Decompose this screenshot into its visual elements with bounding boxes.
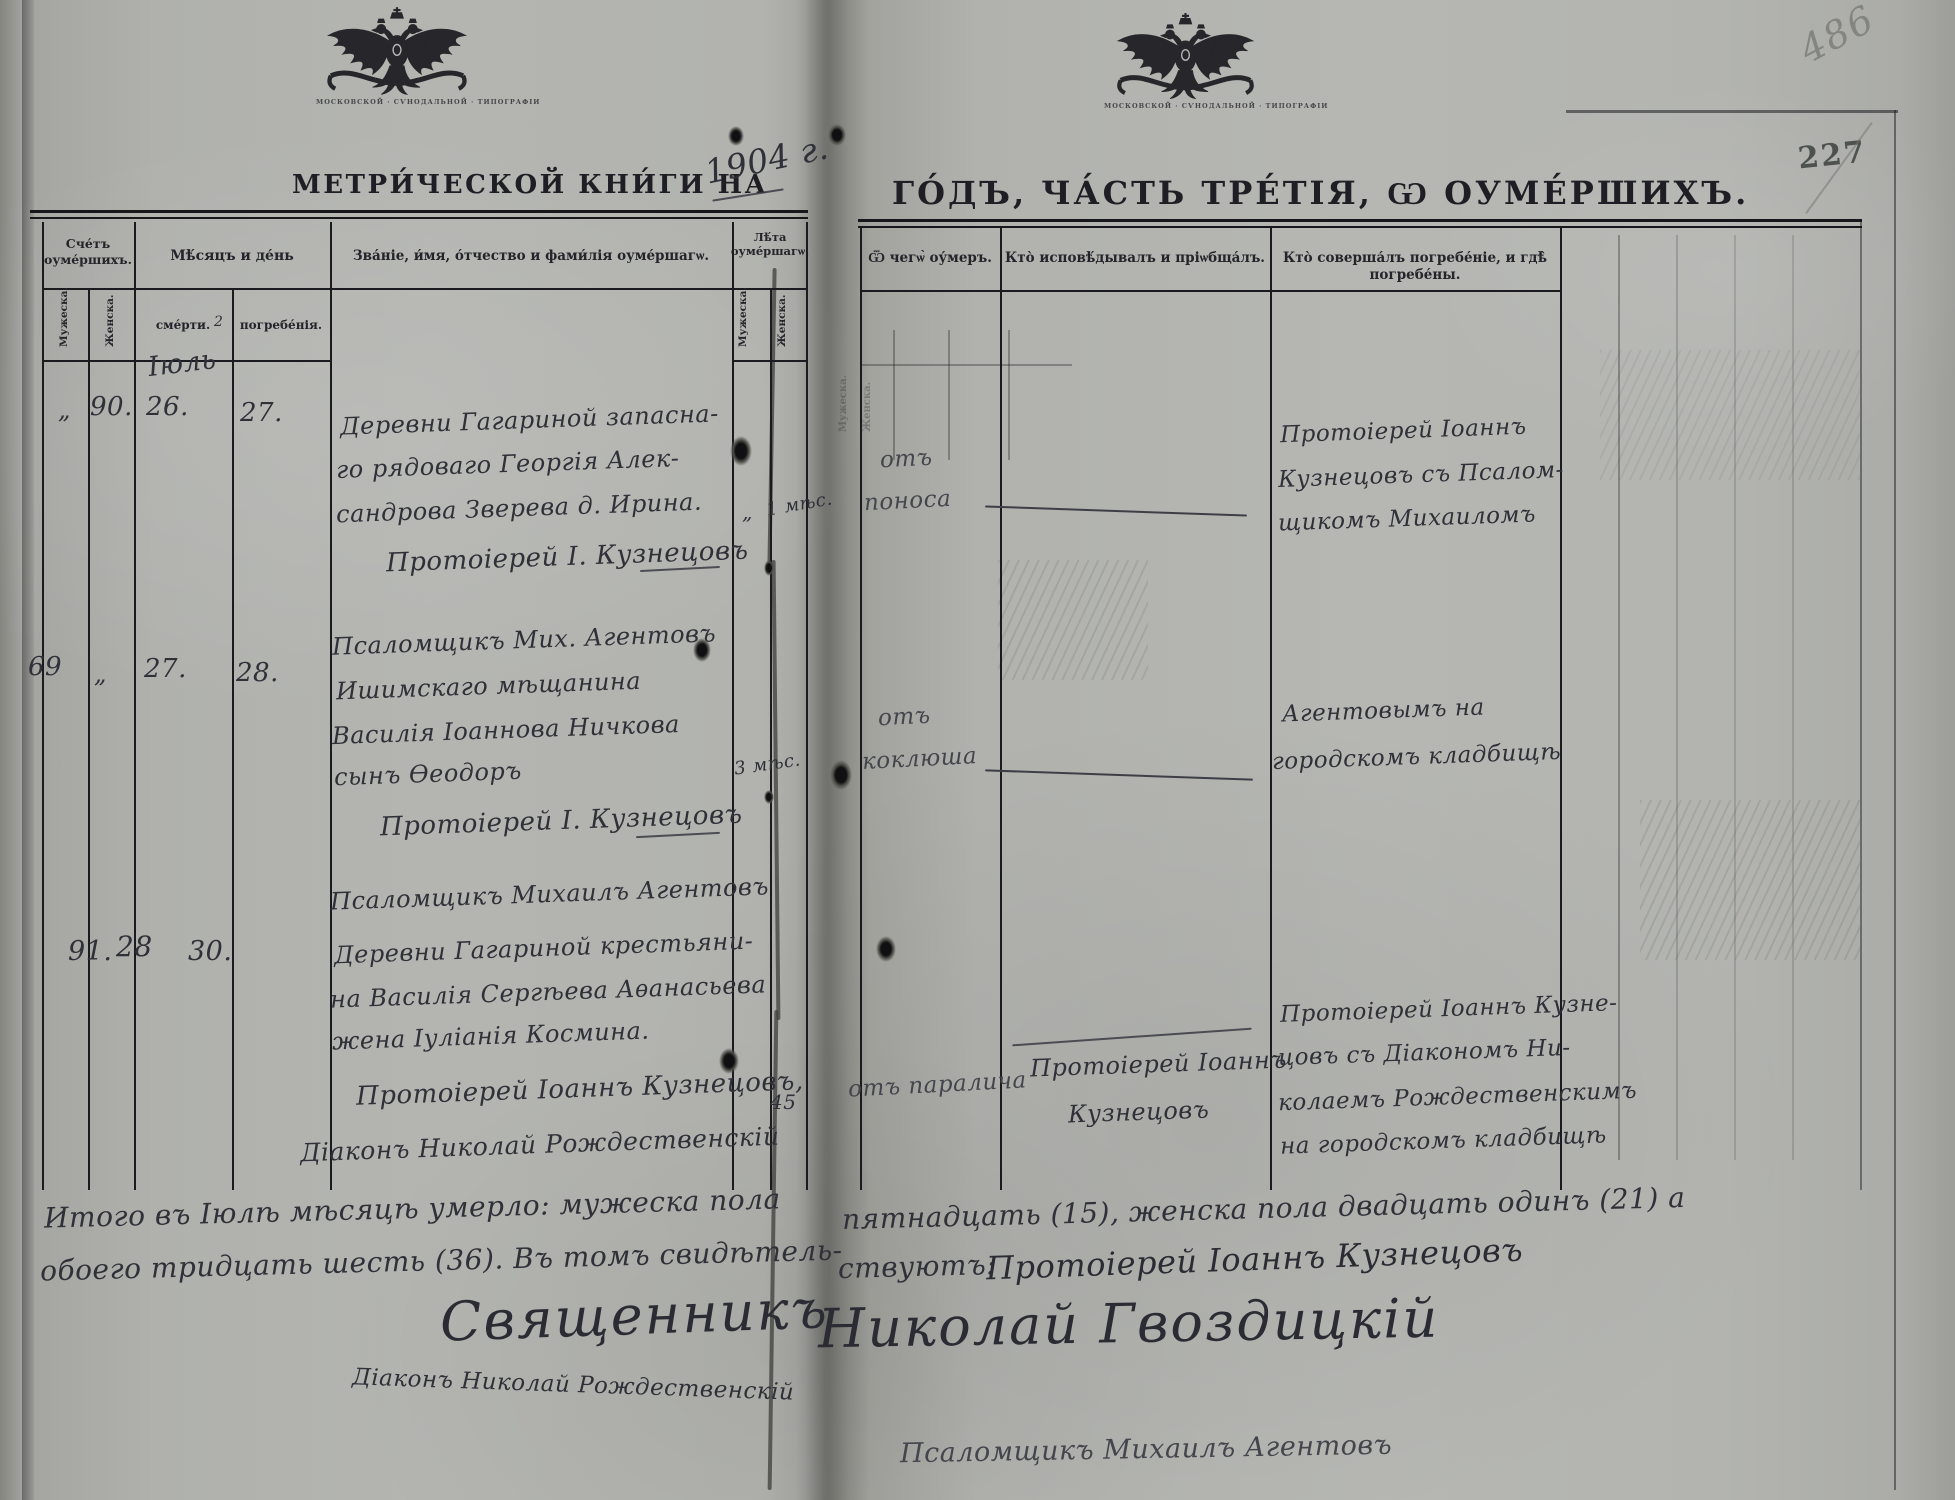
right-table-top-rule — [858, 219, 1862, 228]
row3-age-female: 45 — [770, 1090, 796, 1114]
row3-burial-day: 30. — [188, 936, 232, 967]
ghost-page-right-edge — [1894, 110, 1896, 1490]
subheader-count-male: Мужеска. — [58, 287, 70, 347]
ghost-subcolumn-line — [893, 330, 895, 460]
row2-name-line: Ишимскаго мѣщанина — [336, 667, 642, 706]
row3-confessor-line: Кузнецовъ — [1068, 1096, 1210, 1129]
pencil-folio-number: 486 — [1792, 0, 1882, 72]
subheader-death-mark: 2 — [214, 314, 223, 330]
paper-hole — [830, 760, 852, 790]
left-page-edge-shadow — [22, 0, 34, 1500]
row1-burial-line: Протоіерей Іоаннъ — [1280, 414, 1527, 449]
subheader-age-female: Женска. — [776, 294, 788, 347]
right-page-title: ГО́ДЪ, ЧА́СТЬ ТРЕ́ТІЯ, Ѡ ОУМЕ́РШИХЪ. — [892, 174, 1749, 212]
summary-line: пятнадцать (15), женска пола двадцать од… — [842, 1181, 1686, 1236]
row2-burial-day: 28. — [236, 658, 279, 688]
summary-line: обоего тридцать шесть (36). Въ томъ свид… — [40, 1234, 843, 1288]
table-line — [42, 222, 44, 1190]
row3-name-line: жена Іуліанія Космина. — [332, 1016, 650, 1055]
showthrough-smudge — [998, 560, 1148, 680]
priest-signature-large: Николай Гвоздицкій — [817, 1287, 1439, 1361]
row1-cause-line: отъ — [879, 445, 933, 474]
emblem-ribbon-label: МОСКОВСКОЙ · СѴНОДАЛЬНОЙ · ТИПОГРАФІИ — [1104, 102, 1266, 110]
row2-clergy-signature: Протоіерей І. Кузнецовъ — [380, 800, 743, 843]
right-header-bottom-rule — [860, 290, 1560, 292]
binding-thread — [772, 560, 781, 1020]
row3-count-female: 91. — [68, 936, 112, 967]
showthrough-smudge — [1640, 800, 1860, 960]
table-line — [1000, 228, 1002, 1190]
row3-death-day: 28 — [116, 930, 153, 963]
no-confession-dash — [985, 769, 1253, 780]
emblem-ribbon-label: МОСКОВСКОЙ · СѴНОДАЛЬНОЙ · ТИПОГРАФІИ — [316, 98, 478, 106]
table-line — [732, 222, 734, 1190]
row1-name-line: го рядоваго Георгія Алек- — [336, 444, 680, 484]
row1-death-day: 26. — [146, 392, 189, 422]
ghost-page-top-rule — [1566, 110, 1898, 113]
table-line — [860, 228, 862, 1190]
row1-clergy-signature: Протоіерей І. Кузнецовъ — [386, 536, 749, 579]
row1-burial-line: щикомъ Михаиломъ — [1278, 502, 1537, 537]
row2-burial-line: Агентовымъ на — [1282, 694, 1485, 727]
row1-count-male: „ — [58, 396, 71, 424]
row2-count-female: „ — [94, 660, 107, 688]
metric-book-scan: 486 227 МОСКОВСКОЙ · СѴНОДАЛЬНОЙ · ТИПОГ… — [0, 0, 1955, 1500]
row2-death-day: 27. — [144, 654, 187, 684]
ghost-subcolumn-line — [948, 330, 950, 460]
imperial-eagle-emblem — [318, 6, 476, 101]
paper-hole — [719, 1048, 739, 1074]
paper-hole — [693, 638, 711, 662]
paper-hole — [764, 790, 774, 804]
row1-burial-line: Кузнецовъ съ Псалом- — [1278, 457, 1565, 493]
row3-clergy-signature: Протоіерей Іоаннъ Кузнецовъ, — [356, 1066, 804, 1112]
column-header-month-day: Мѣ́сяцъ и де́нь — [134, 248, 330, 266]
paper-hole — [730, 436, 752, 466]
row2-name-line: сынъ Ѳеодоръ — [334, 757, 523, 792]
column-header-count: Сче́тъ оуме́ршихъ. — [42, 236, 134, 267]
summary-archpriest-name: Протоіерей Іоаннъ Кузнецовъ — [986, 1231, 1524, 1288]
column-header-confessed: Кто̀ исповѣ́дывалъ и пріѡбща́лъ. — [1002, 250, 1268, 267]
column-header-burial: Кто̀ соверша́лъ погребе́ніе, и гдѣ̀ погр… — [1272, 250, 1558, 284]
row3-burial-line: на городскомъ кладбищѣ — [1280, 1122, 1608, 1159]
psalmist-signature: Псаломщикъ Михаилъ Агентовъ — [900, 1430, 1393, 1470]
row3-confessor-line: Протоіерей Іоаннъ — [1030, 1046, 1288, 1083]
paper-hole — [828, 124, 846, 146]
no-confession-dash — [985, 505, 1247, 516]
row1-count-female: 90. — [90, 392, 133, 422]
imperial-eagle-emblem — [1108, 12, 1263, 105]
left-page-title: МЕТРИ́ЧЕСКОЙ КНИ́ГИ НА — [292, 170, 768, 200]
table-line — [806, 222, 808, 1190]
row2-burial-line: городскомъ кладбищѣ — [1272, 739, 1562, 775]
row3-burial-line: цовъ съ Діакономъ Ни- — [1278, 1035, 1571, 1071]
row2-name-line: Василія Іоаннова Ничкова — [332, 710, 681, 750]
table-line — [134, 222, 136, 1190]
subheader-burial-day: погребе́нія. — [232, 318, 330, 333]
ghost-subcolumn-line — [1008, 330, 1010, 460]
row2-age-male: 3 мѣс. — [733, 749, 802, 779]
row1-name-line: Деревни Гагариной запасна- — [340, 399, 720, 440]
column-header-name: Зва́ніе, и́мя, о́тчество и фами́лія оуме… — [330, 248, 732, 265]
paper-hole — [764, 560, 774, 576]
row2-clergy-signature: Псаломщикъ Михаилъ Агентовъ — [330, 872, 770, 915]
row3-burial-line: Протоіерей Іоаннъ Кузне- — [1280, 990, 1618, 1028]
summary-line: Итого въ Іюлѣ мѣсяцѣ умерло: мужеска пол… — [44, 1182, 781, 1234]
row3-name-line: на Василія Сергѣева Аѳанасьева — [330, 970, 767, 1013]
row2-cause-line: отъ — [877, 703, 931, 732]
row1-age-male: „ — [742, 500, 753, 524]
left-header-bottom-rule — [42, 288, 808, 290]
paper-hole — [728, 126, 744, 146]
deacon-signature: Діаконъ Николай Рождественскій — [352, 1364, 795, 1405]
summary-line-prefix: ствуютъ: — [838, 1248, 997, 1285]
row1-clergy-signature: Псаломщикъ Мих. Агентовъ — [332, 619, 717, 660]
ghost-subcolumn-rule — [862, 364, 1072, 366]
row2-cause-line: коклюша — [861, 743, 977, 775]
table-line — [232, 288, 234, 1190]
column-header-age: Лѣ́та оуме́ршагѡ. — [730, 230, 810, 259]
paper-hole — [876, 936, 896, 962]
row1-burial-day: 27. — [240, 398, 283, 428]
table-line — [88, 288, 90, 1190]
table-line — [770, 288, 772, 1190]
right-page-outer-edge — [1860, 222, 1862, 1190]
row1-cause-line: поноса — [863, 486, 952, 517]
showthrough-smudge — [1600, 350, 1860, 480]
ghost-vertical-label: Мужеска. — [838, 375, 849, 432]
subheader-count-female: Женска. — [104, 294, 116, 347]
row3-name-line: Деревни Гагариной крестьяни- — [334, 927, 754, 970]
ghost-vertical-label: Женска. — [862, 382, 873, 432]
row2-count-male: 69 — [28, 652, 62, 682]
month-written: Іюль — [146, 344, 218, 383]
row1-name-line: сандрова Зверева д. Ирина. — [336, 488, 703, 529]
row3-burial-line: колаемъ Рождественскимъ — [1278, 1078, 1638, 1117]
subheader-age-male: Мужеска. — [737, 287, 749, 347]
confessor-flourish — [1012, 1028, 1252, 1047]
left-table-top-rule — [30, 210, 808, 219]
column-header-cause: Ѿ чегѡ̀ оу́меръ. — [862, 250, 998, 267]
row3-clergy-signature: Діаконъ Николай Рождественскій — [300, 1122, 780, 1168]
